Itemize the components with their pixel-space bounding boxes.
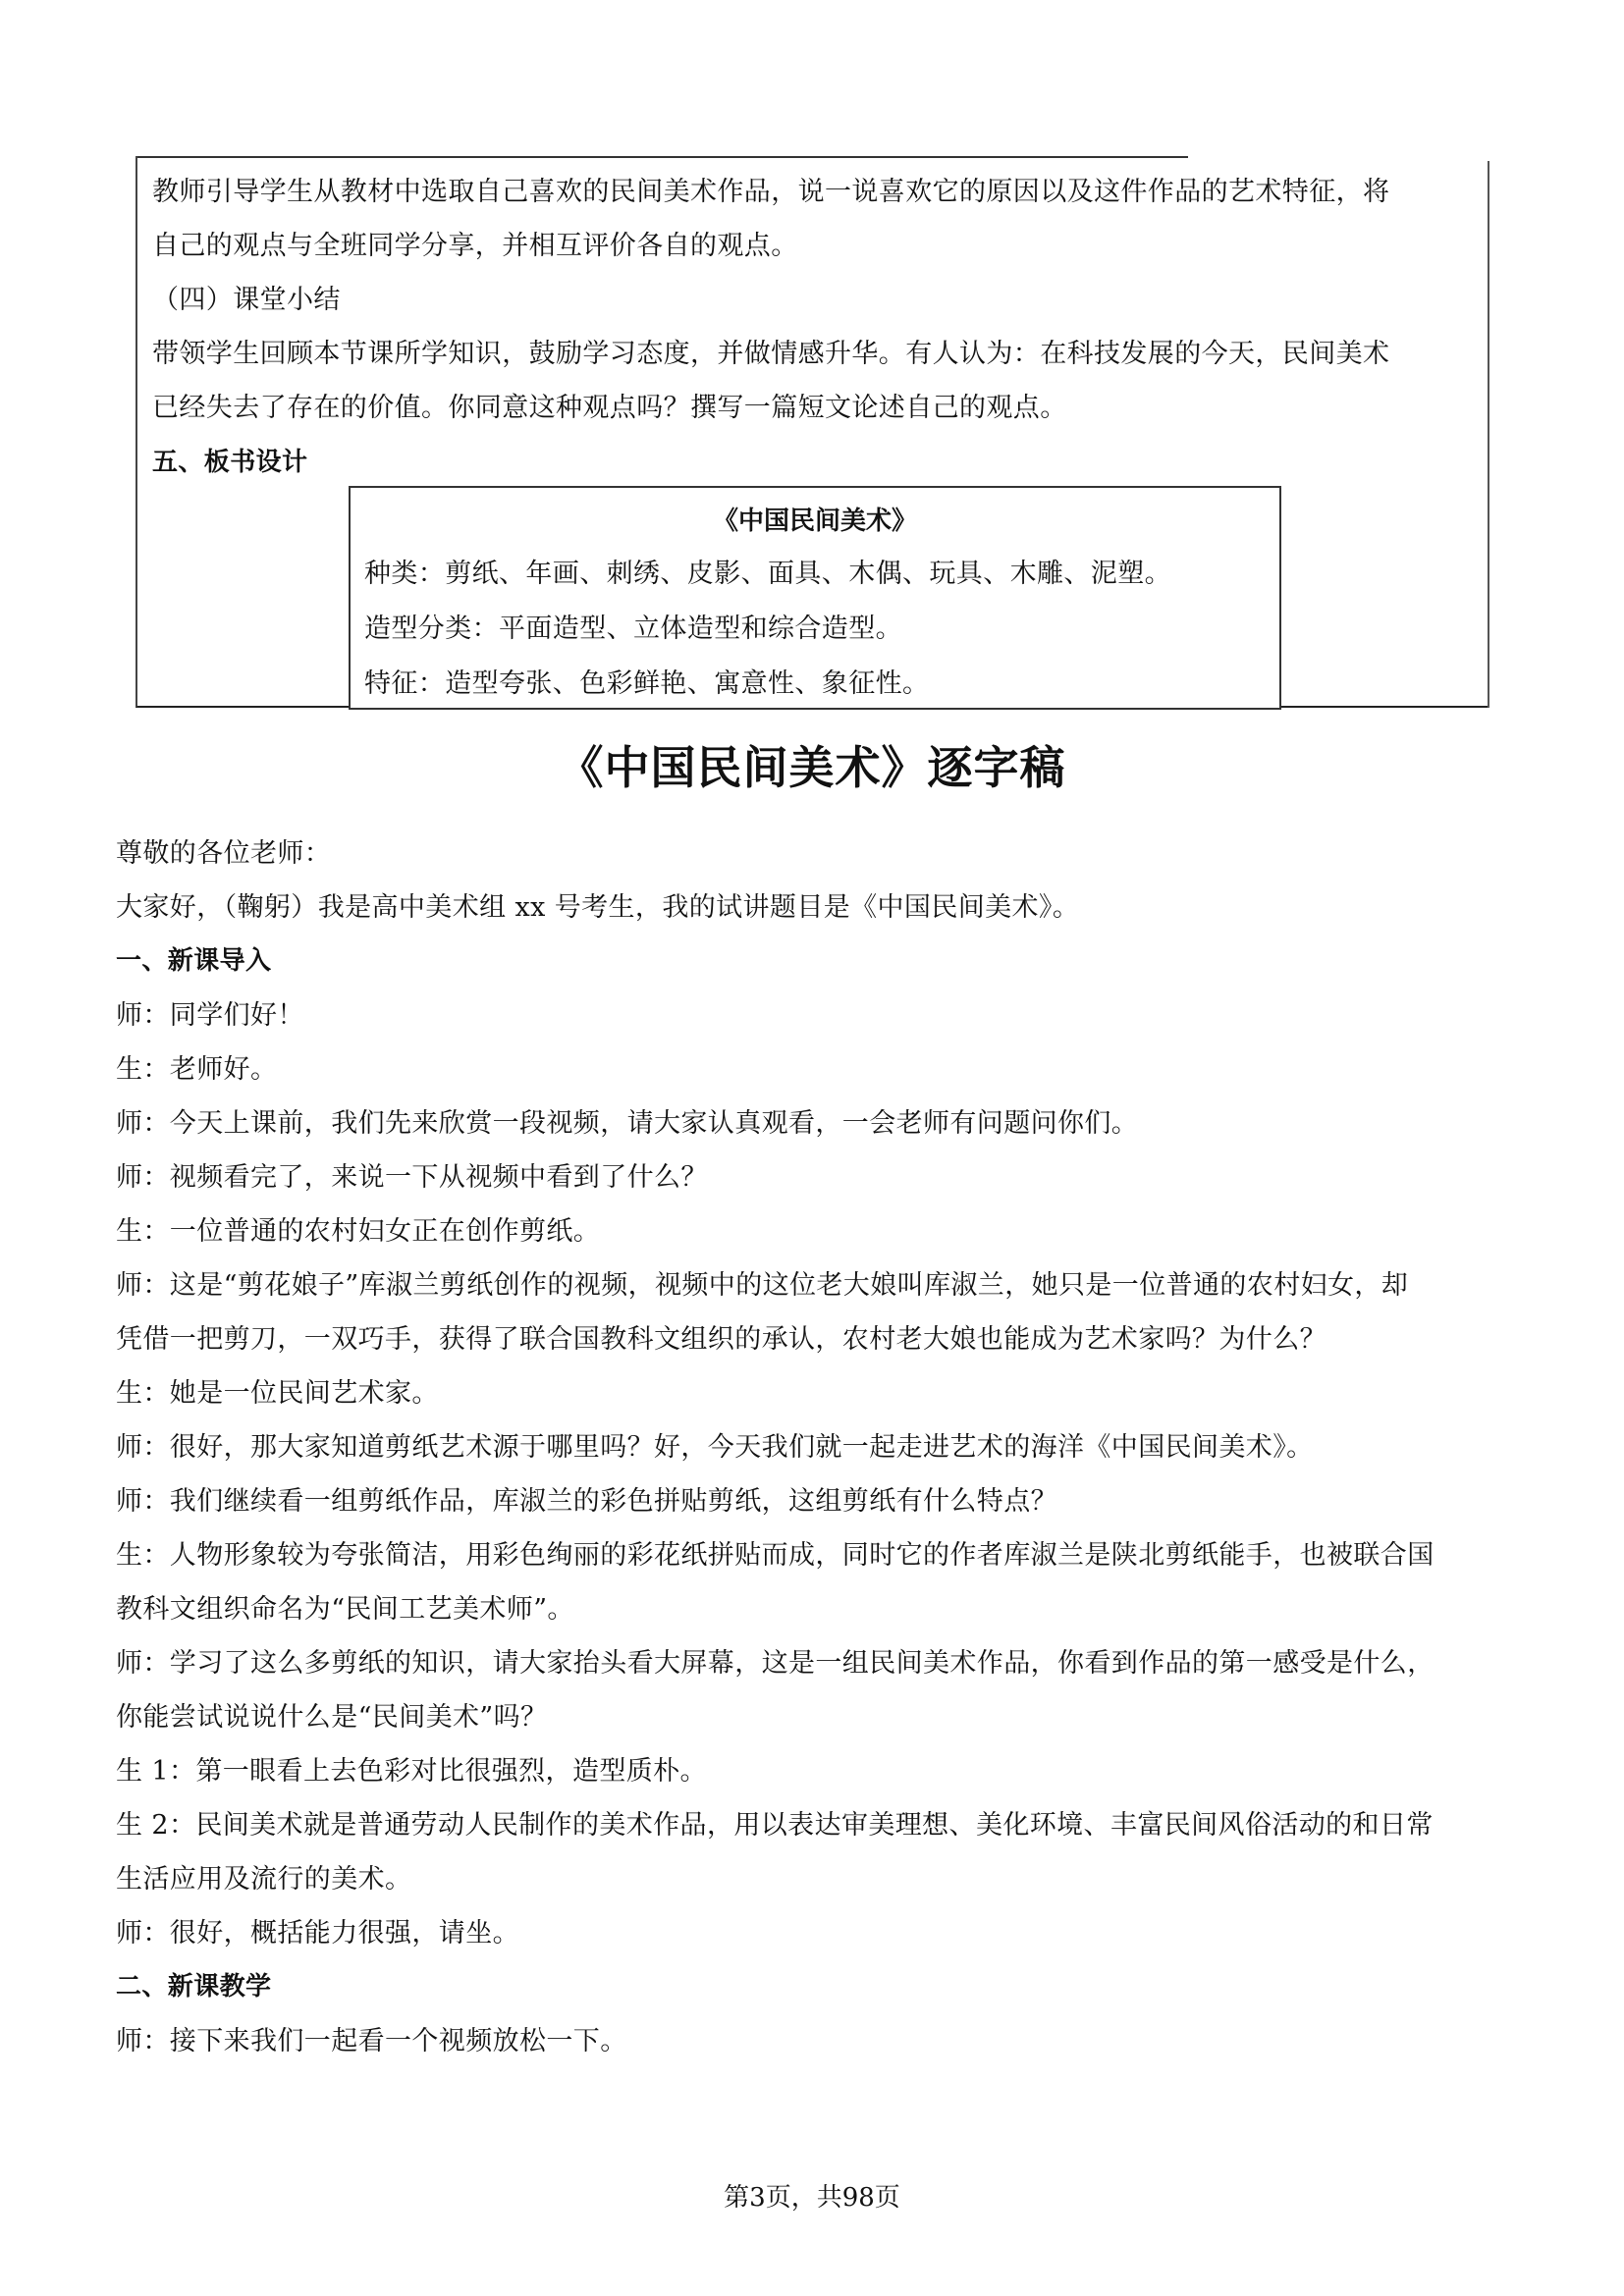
transcript-body: 尊敬的各位老师： 大家好，（鞠躬）我是高中美术组 xx 号考生，我的试讲题目是《… [116,827,1520,2068]
table-paragraph: 已经失去了存在的价值。你同意这种观点吗？撰写一篇短文论述自己的观点。 [152,381,1478,435]
transcript-line: 大家好，（鞠躬）我是高中美术组 xx 号考生，我的试讲题目是《中国民间美术》。 [116,881,1520,934]
transcript-line: 你能尝试说说什么是“民间美术”吗？ [116,1690,1520,1744]
transcript-line: 师：我们继续看一组剪纸作品，库淑兰的彩色拼贴剪纸，这组剪纸有什么特点？ [116,1474,1520,1528]
table-paragraph: 带领学生回顾本节课所学知识，鼓励学习态度，并做情感升华。有人认为：在科技发展的今… [152,327,1478,381]
transcript-line: 师：学习了这么多剪纸的知识，请大家抬头看大屏幕，这是一组民间美术作品，你看到作品… [116,1636,1520,1690]
document-page: 教师引导学生从教材中选取自己喜欢的民间美术作品，说一说喜欢它的原因以及这件作品的… [0,0,1624,2296]
section-subheading-summary: （四）课堂小结 [152,273,1478,327]
transcript-line: 生 2：民间美术就是普通劳动人民制作的美术作品，用以表达审美理想、美化环境、丰富… [116,1798,1520,1852]
section-heading-teaching: 二、新课教学 [116,1960,1520,2014]
transcript-line: 教科文组织命名为“民间工艺美术师”。 [116,1582,1520,1636]
transcript-line: 师：接下来我们一起看一个视频放松一下。 [116,2014,1520,2068]
transcript-line: 尊敬的各位老师： [116,827,1520,881]
table-paragraph: 教师引导学生从教材中选取自己喜欢的民间美术作品，说一说喜欢它的原因以及这件作品的… [152,165,1478,219]
transcript-line: 凭借一把剪刀，一双巧手，获得了联合国教科文组织的承认，农村老大娘也能成为艺术家吗… [116,1312,1520,1366]
transcript-line: 生 1：第一眼看上去色彩对比很强烈，造型质朴。 [116,1744,1520,1798]
section-heading-intro: 一、新课导入 [116,934,1520,988]
transcript-line: 生：一位普通的农村妇女正在创作剪纸。 [116,1204,1520,1258]
blackboard-design-box: 《中国民间美术》 种类：剪纸、年画、刺绣、皮影、面具、木偶、玩具、木雕、泥塑。 … [349,486,1281,710]
board-line-features: 特征：造型夸张、色彩鲜艳、寓意性、象征性。 [364,665,929,704]
table-paragraph: 自己的观点与全班同学分享，并相互评价各自的观点。 [152,219,1478,273]
transcript-line: 生活应用及流行的美术。 [116,1852,1520,1906]
page-title: 《中国民间美术》逐字稿 [0,738,1624,797]
transcript-line: 师：这是“剪花娘子”库淑兰剪纸创作的视频，视频中的这位老大娘叫库淑兰，她只是一位… [116,1258,1520,1312]
transcript-line: 师：很好，那大家知道剪纸艺术源于哪里吗？好，今天我们就一起走进艺术的海洋《中国民… [116,1420,1520,1474]
transcript-line: 师：视频看完了，来说一下从视频中看到了什么？ [116,1150,1520,1204]
board-title: 《中国民间美术》 [351,502,1279,541]
transcript-line: 师：同学们好！ [116,988,1520,1042]
page-number-indicator: 第3页，共98页 [0,2181,1624,2215]
board-line-types: 种类：剪纸、年画、刺绣、皮影、面具、木偶、玩具、木雕、泥塑。 [364,555,1171,594]
transcript-line: 师：很好，概括能力很强，请坐。 [116,1906,1520,1960]
transcript-line: 生：人物形象较为夸张简洁，用彩色绚丽的彩花纸拼贴而成，同时它的作者库淑兰是陕北剪… [116,1528,1520,1582]
transcript-line: 师：今天上课前，我们先来欣赏一段视频，请大家认真观看，一会老师有问题问你们。 [116,1096,1520,1150]
table-right-border [1488,161,1489,708]
transcript-line: 生：她是一位民间艺术家。 [116,1366,1520,1420]
section-heading-board-design: 五、板书设计 [152,436,1478,490]
board-line-shape-classes: 造型分类：平面造型、立体造型和综合造型。 [364,610,902,649]
transcript-line: 生：老师好。 [116,1042,1520,1096]
